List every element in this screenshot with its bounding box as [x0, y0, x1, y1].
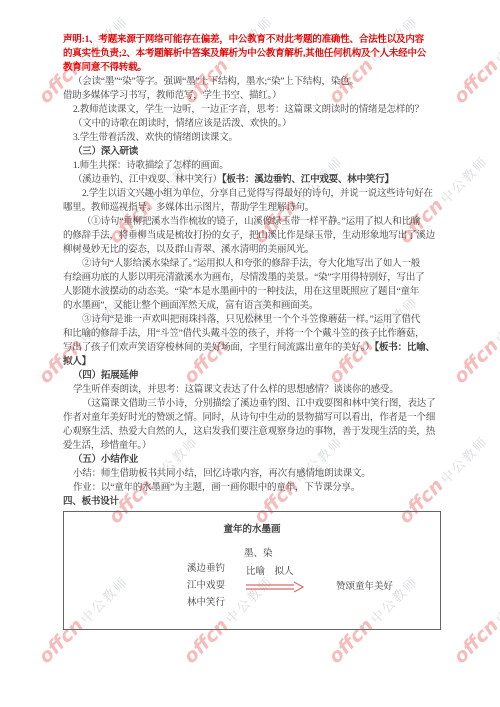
- watermark-label: 中公教师: [493, 14, 500, 67]
- disclaimer-line: 教育同意不得转载。: [63, 61, 441, 75]
- text-line: （三）深入研读: [63, 145, 441, 159]
- text-line: 拟人】: [63, 355, 441, 369]
- text-line: 3.学生带着活泼、欢快的情绪朗读课文。: [63, 131, 441, 145]
- watermark-label: 中公教师: [493, 574, 500, 627]
- text-line: 柳树曼妙无比的姿态，以及群山青翠、溪水清明的美丽风光。: [63, 243, 441, 257]
- text-line: 人影随水波摆动的动态美。“染”本是水墨画中的一种技法，用在这里既照应了题目“童年: [63, 285, 441, 299]
- board-design-box: 童年的水墨画 墨、染 溪边垂钓江中戏耍林中笑行 比喻 拟人 赞颂童年美好: [63, 511, 441, 630]
- text-line: 2.教师范读课文，学生一边听，一边正字音，思考：这篇课文朗读时的情绪是怎样的？: [63, 103, 441, 117]
- watermark-label: 中公教师: [438, 154, 491, 207]
- text-line: 小结：师生借助板书共同小结，回忆诗歌内容，再次有感情地朗读课文。: [63, 467, 441, 481]
- document-page: offcn中公教师offcn中公教师offcn中公教师offcn中公教师offc…: [0, 0, 500, 707]
- board-left-item: 溪边垂钓: [187, 561, 225, 578]
- text-line: 1.师生共探：诗歌描绘了怎样的画面。: [63, 159, 441, 173]
- board-techniques: 比喻 拟人: [246, 563, 294, 577]
- watermark-brand: offcn: [449, 615, 500, 669]
- text-line: （五）小结作业: [63, 453, 441, 467]
- text-line: 和比喻的修辞手法，用“斗笠”借代头戴斗笠的孩子，并将一个个戴斗笠的孩子比作蘑菇，: [63, 327, 441, 341]
- text-line: 爱生活，珍惜童年。）: [63, 439, 441, 453]
- board-left-item: 林中笑行: [187, 595, 225, 612]
- board-subtitle: 墨、染: [244, 545, 273, 559]
- text-line: （四）拓展延伸: [63, 369, 441, 383]
- disclaimer-line: 的真实性负责;2、本考题解析中答案及解析为中公教育解析,其他任何机构及个人未经中…: [63, 47, 441, 61]
- watermark-label: 中公教师: [438, 434, 491, 487]
- text-line: 的水墨画”，又能让整个画面浑然天成，富有语言美和画面美。: [63, 299, 441, 313]
- watermark-label: 中公教师: [493, 294, 500, 347]
- text-line: ③诗句“是谁一声欢叫把雨珠抖落，只见松林里一个个斗笠像蘑菇一样。”运用了借代: [63, 313, 441, 327]
- text-line: 有绘画功底的人影以明亮清澈溪水为画布，尽情泼墨的美景。“染”字用得特别好，写出了: [63, 271, 441, 285]
- board-conclusion: 赞颂童年美好: [336, 578, 393, 592]
- right-arrow-icon: [245, 581, 305, 593]
- watermark-brand: offcn: [449, 335, 500, 389]
- text-line: 心观察生活、热爱大自然的人，这启发我们要注意观察身边的事物，善于发现生活的美，热: [63, 425, 441, 439]
- board-left-items: 溪边垂钓江中戏耍林中笑行: [187, 561, 225, 612]
- watermark: offcn中公教师: [449, 570, 500, 668]
- disclaimer: 声明:1、考题来源于网络可能存在偏差，中公教育不对此考题的准确性、合法性以及内容…: [63, 33, 441, 75]
- watermark: offcn中公教师: [449, 10, 500, 108]
- disclaimer-line: 声明:1、考题来源于网络可能存在偏差，中公教育不对此考题的准确性、合法性以及内容: [63, 33, 441, 47]
- text-line: 学生听伴奏朗读，并思考：这篇课文表达了什么样的思想感情？谈谈你的感受。: [63, 383, 441, 397]
- text-line: 的修辞手法，将垂柳当成是梳妆打扮的女子，把山溪比作是绿玉带，生动形象地写出了溪边: [63, 229, 441, 243]
- text-line: 哪里。教师巡视指导。多媒体出示图片，帮助学生理解诗句。: [63, 201, 441, 215]
- text-line: （会读“墨”“染”等字。强调“墨”上下结构，墨水;“染”上下结构，染色。: [63, 75, 441, 89]
- board-title: 童年的水墨画: [64, 521, 440, 535]
- text-line: 借助多媒体学习书写，教师范写，学生书空、描红。）: [63, 89, 441, 103]
- text-line: 四、板书设计: [63, 495, 441, 509]
- board-left-item: 江中戏耍: [187, 578, 225, 595]
- text-line: （文中的诗歌在朗读时，情绪应该是活泼、欢快的。）: [63, 117, 441, 131]
- watermark: offcn中公教师: [449, 290, 500, 388]
- text-line: 写出了孩子们欢声笑语穿梭林间的美好场面，字里行间流露出童年的美好。）【板书：比喻…: [63, 341, 441, 355]
- text-line: （这篇课文借助三节小诗，分别描绘了溪边垂钓图、江中戏耍图和林中笑行图，表达了: [63, 397, 441, 411]
- text-line: （溪边垂钓、江中戏耍、林中笑行）【板书：溪边垂钓、江中戏耍、林中笑行】: [63, 173, 441, 187]
- text-line: 作业：以“童年的水墨画”为主题，画一画你眼中的童年，下节课分享。: [63, 481, 441, 495]
- body-text: （会读“墨”“染”等字。强调“墨”上下结构，墨水;“染”上下结构，染色。借助多媒…: [63, 75, 441, 509]
- document-content: 声明:1、考题来源于网络可能存在偏差，中公教育不对此考题的准确性、合法性以及内容…: [63, 33, 441, 630]
- text-line: ②诗句“人影给溪水染绿了。”运用拟人和夸张的修辞手法，夸大化地写出了如人一般: [63, 257, 441, 271]
- watermark-brand: offcn: [449, 55, 500, 109]
- text-line: 作者对童年美好时光的赞颂之情。同时，从诗句中生动的景物描写可以看出，作者是一个细: [63, 411, 441, 425]
- text-line: 2.学生以语文兴趣小组为单位，分享自己觉得写得最好的诗句，并说一说这些诗句好在: [63, 187, 441, 201]
- text-line: （①诗句“垂柳把溪水当作梳妆的镜子，山溪像绿玉带一样平静。”运用了拟人和比喻: [63, 215, 441, 229]
